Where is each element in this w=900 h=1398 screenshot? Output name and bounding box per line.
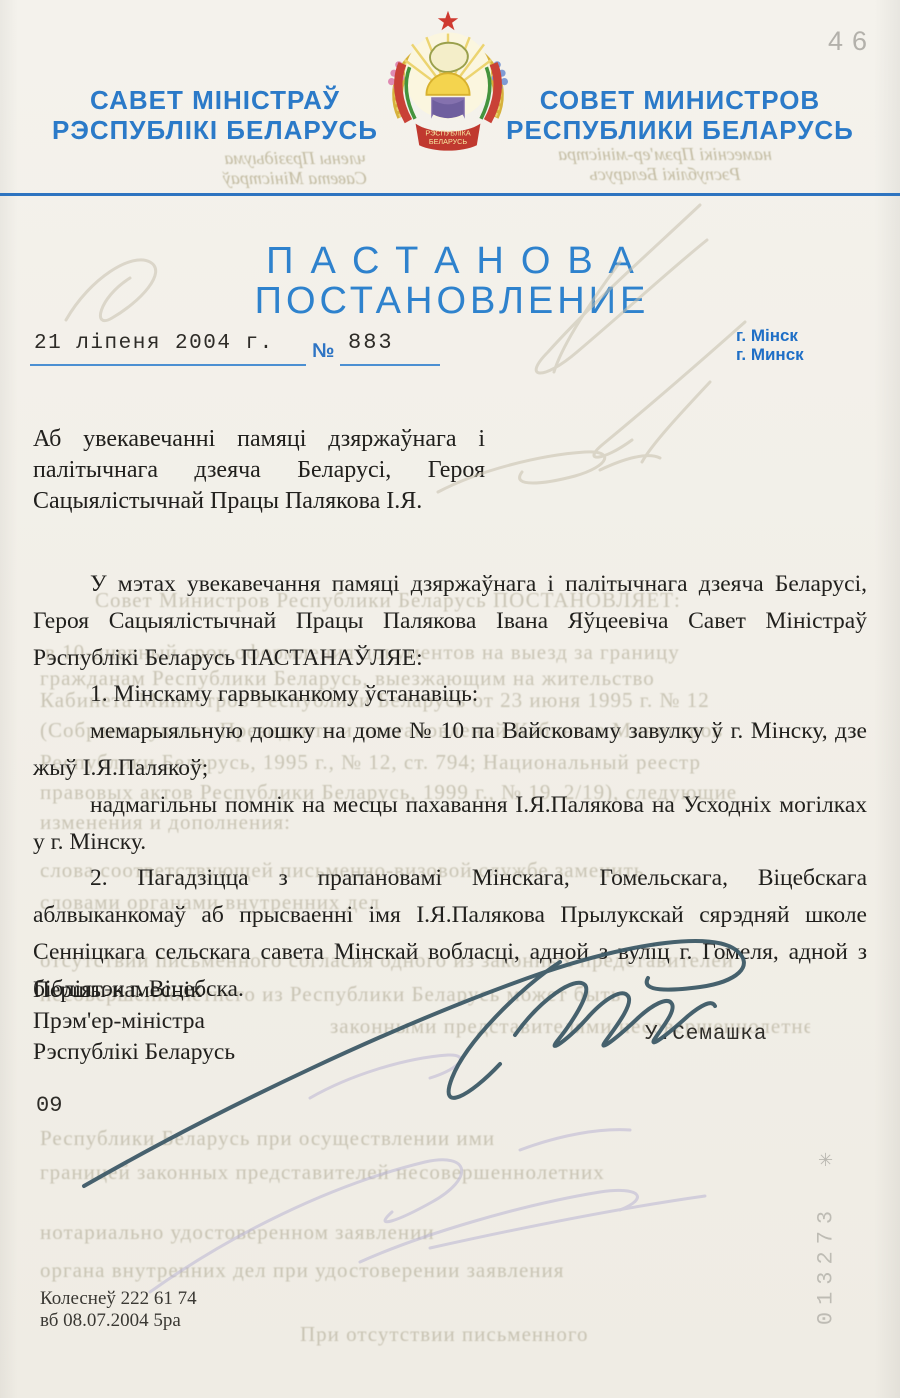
header-divider: [0, 193, 900, 196]
stamp-asterisk-icon: ✳: [818, 1150, 833, 1171]
date-underline: [30, 364, 306, 366]
signatory-post-line: Першы намеснік: [33, 975, 235, 1006]
org-name-line: СОВЕТ МИНИСТРОВ: [505, 85, 855, 115]
document-body: У мэтах увекавечання памяці дзяржаўнага …: [33, 566, 867, 1008]
body-paragraph: У мэтах увекавечання памяці дзяржаўнага …: [33, 566, 867, 676]
page-corner-number: 46: [828, 26, 876, 57]
title-belarusian: ПАСТАНОВА: [0, 241, 900, 281]
body-paragraph: 1. Мінскаму гарвыканкому ўстанавіць:: [33, 676, 867, 713]
city-block: г. Мінск г. Минск: [736, 326, 804, 364]
footer-block: Колеснеў 222 61 74 вб 08.07.2004 5ра: [40, 1288, 197, 1332]
subject-text: Аб увекавечанні памяці дзяржаўнага і пал…: [33, 424, 485, 517]
org-name-belarusian: САВЕТ МІНІСТРАЎ РЭСПУБЛІКІ БЕЛАРУСЬ: [40, 85, 390, 145]
bleedthrough-line: При отсутствии письменного: [300, 1322, 730, 1347]
title-russian: ПОСТАНОВЛЕНИЕ: [0, 281, 900, 321]
bleedthrough-text: Рэспублікі Беларусь: [515, 164, 815, 184]
signatory-name: У.Семашка: [645, 1023, 767, 1046]
bleedthrough-mirror-right: намеснікі Прэм'ер-міністра Рэспублікі Бе…: [515, 144, 815, 184]
coat-of-arms-icon: РЭСПУБЛІКА БЕЛАРУСЬ: [376, 6, 520, 162]
body-paragraph: мемарыяльную дошку на доме № 10 па Вайск…: [33, 713, 867, 787]
doc-index: 09: [36, 1093, 62, 1118]
body-paragraph: надмагільны помнік на месцы пахавання І.…: [33, 787, 867, 861]
city-line-belarusian: г. Мінск: [736, 326, 804, 345]
document-page: Совет Министров Республики Беларусь ПОСТ…: [0, 0, 900, 1398]
bleedthrough-handwriting-violet: [150, 1055, 705, 1292]
bleedthrough-text: Савета Міністраў: [150, 168, 440, 188]
coat-of-arms-svg: РЭСПУБЛІКА БЕЛАРУСЬ: [376, 6, 520, 162]
signatory-post-line: Рэспублікі Беларусь: [33, 1037, 235, 1068]
signatory-post-line: Прэм'ер-міністра: [33, 1006, 235, 1037]
red-star-icon: [438, 11, 458, 30]
number-underline: [340, 364, 440, 366]
number-sign: №: [312, 340, 334, 363]
org-name-russian: СОВЕТ МИНИСТРОВ РЕСПУБЛИКИ БЕЛАРУСЬ: [505, 85, 855, 145]
emblem-banner-line2: БЕЛАРУСЬ: [429, 137, 467, 146]
org-name-line: РЭСПУБЛІКІ БЕЛАРУСЬ: [40, 115, 390, 145]
org-name-line: РЕСПУБЛИКИ БЕЛАРУСЬ: [505, 115, 855, 145]
bleedthrough-line: органа внутренних дел при удостоверении …: [40, 1258, 740, 1283]
bleedthrough-line: нотариально удостоверенном заявлении: [40, 1220, 600, 1245]
bleedthrough-line: Республики Беларусь при осуществлении им…: [40, 1126, 680, 1151]
bleedthrough-line: границей законных представителей несовер…: [40, 1160, 820, 1185]
belarus-outline: [430, 43, 468, 72]
document-title: ПАСТАНОВА ПОСТАНОВЛЕНИЕ: [0, 241, 900, 321]
footer-date-code: вб 08.07.2004 5ра: [40, 1310, 197, 1332]
bleedthrough-text: намеснікі Прэм'ер-міністра: [515, 144, 815, 164]
footer-executor: Колеснеў 222 61 74: [40, 1288, 197, 1310]
archival-stamp-number: 013273: [814, 1175, 839, 1355]
org-name-line: САВЕТ МІНІСТРАЎ: [40, 85, 390, 115]
city-line-russian: г. Минск: [736, 345, 804, 364]
signatory-post: Першы намеснік Прэм'ер-міністра Рэспублі…: [33, 975, 235, 1068]
document-number: 883: [348, 330, 394, 355]
document-date: 21 ліпеня 2004 г.: [34, 332, 274, 355]
